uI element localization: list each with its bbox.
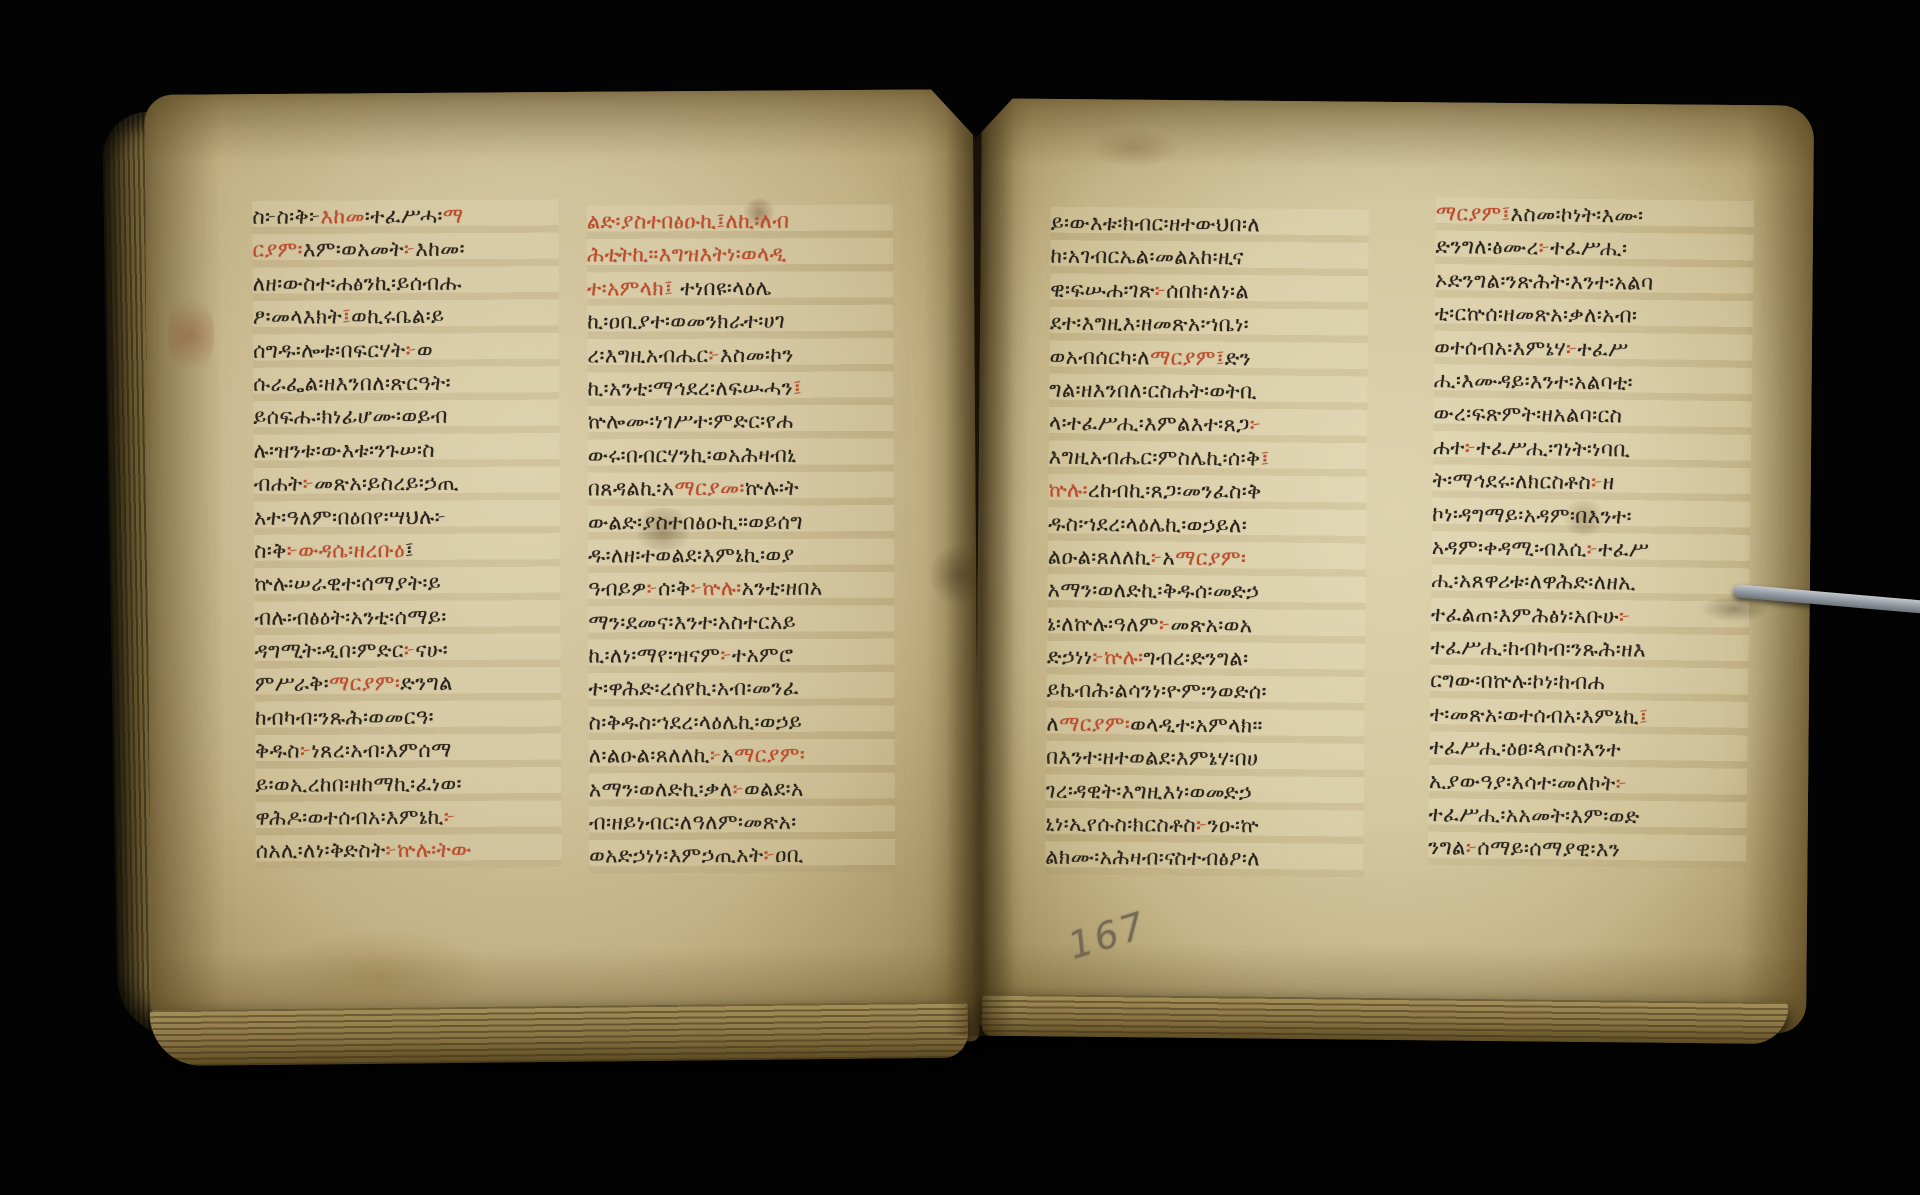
manuscript-line: ብሐት፦መጽአ፡ይስረይ፡ኃጢ — [254, 466, 560, 501]
ink-text: ኢያውዓያ፡እሳተ፡መለኮት — [1429, 769, 1616, 795]
ink-text: ይኬብሕ፡ልሳንነ፡ዮም፡ንወድሰ፡ — [1047, 678, 1267, 704]
rubric-text: ማርያመ፡ — [674, 476, 745, 500]
ink-text: ወላዲተ፡አምላክ። — [1130, 712, 1263, 737]
ink-text: ተፈሥ — [1598, 537, 1649, 562]
manuscript-line: ኪ፡አንቲ፡ማኅደረ፡ለፍሡሓን፤ — [587, 371, 893, 405]
ink-text: ከ፡አገብርኤል፡መልአከ፡ዚና — [1050, 244, 1244, 270]
ink-text: እስመ፡ኮን — [720, 342, 794, 366]
rubric-text: ፦ኵሉ፡ — [1092, 645, 1143, 669]
ink-text: ኪ፡ለነ፡ማየ፡ዝናም — [588, 643, 720, 667]
rubric-text: ፦ — [1151, 545, 1163, 569]
ink-text: ውረ፡ፍጽምት፡ዘአልባ፡ርስ — [1433, 401, 1622, 427]
manuscript-line: ማርያም፤እስመ፡ኮነት፡እሙ፡ — [1436, 197, 1754, 234]
ink-text: ውልድ፡ያስተበፅዑኪ።ወይሰግ — [588, 509, 803, 534]
rubric-text: ማርያም፤ — [1150, 345, 1225, 370]
manuscript-line: ቅዱስ፦ነጸረ፡አብ፡እምሰማ — [255, 733, 561, 768]
manuscript-line: ምሥራቅ፡ማርያም፡ድንግል — [255, 667, 561, 702]
ink-text: በጸዳልኪ፡አ — [588, 476, 675, 500]
manuscript-line: ርያም፡እም፡ወአመት፦እከመ፡ — [252, 233, 558, 268]
ink-text: ማን፡ደመና፡እንተ፡አስተርአይ — [588, 609, 796, 634]
rubric-text: ፦ — [764, 843, 776, 867]
manuscript-line: ተፈሥሒ፡ከብካብ፡ንጹሕ፡ዘእ — [1430, 631, 1748, 668]
ink-text: ወአድኃነነ፡እምኃጢአት — [589, 843, 764, 868]
ink-text: ይ፡ወኢረከበ፡ዘከማኪ፡ፈነወ፡ — [255, 771, 462, 796]
manuscript-line: ድንግለ፡ፅሙረ፦ተፈሥሒ፡ — [1435, 230, 1753, 267]
rubric-text: ፦ — [1587, 537, 1599, 561]
ink-text: አማን፡ወለድኪ፡ቃለ — [589, 777, 733, 802]
ink-text: ምሥራቅ፡ — [255, 672, 329, 696]
rubric-text: ፦ — [1539, 236, 1551, 260]
bottom-page-stack-left — [150, 1002, 969, 1067]
ink-text: ፆ፡መላእክት — [253, 305, 342, 329]
manuscript-line: ይ፡ውእቱ፡ክብር፡ዘተውህበ፡ለ — [1051, 207, 1369, 243]
manuscript-line: ኵሉ፡ሠራዊተ፡ሰማያት፡ይ — [254, 566, 560, 601]
ink-text: ዱ፡ለዘ፡ተወልደ፡እምኔኪ፡ወያ — [588, 543, 795, 568]
ink-text: ሱራፌል፡ዘእንበለ፡ጽርዓት፡ — [253, 371, 451, 396]
ink-text: ኵሎሙ፡ነገሥተ፡ምድር፡የሐ — [588, 409, 794, 434]
ink-text: ተፈሥሒ፡ከብካብ፡ንጹሕ፡ዘእ — [1430, 635, 1646, 662]
manuscript-line: ተ፡ዋሕድ፡ረሰየኪ፡አብ፡መንፈ — [588, 672, 894, 706]
ink-text: መጽአ፡ይስረይ፡ኃጢ — [314, 471, 459, 496]
ink-text: ወ — [417, 337, 433, 361]
rubric-text: ፦ — [1465, 435, 1477, 459]
ink-text: ዋሕዶ፡ወተሰብአ፡እምኔኪ — [255, 805, 443, 830]
gutter-top-notch — [928, 86, 1024, 138]
rubric-text: ፤ — [793, 376, 802, 400]
manuscript-line: ሱራፌል፡ዘእንበለ፡ጽርዓት፡ — [253, 366, 559, 401]
manuscript-line: ሐተ፦ተፈሥሒ፡ገነት፡ነባቢ — [1433, 431, 1751, 468]
ink-text: ስ፡ቅ — [254, 539, 287, 563]
photo-canvas: { "scene": { "type": "photograph of an o… — [0, 0, 1920, 1195]
manuscript-line: ወተሰብአ፡እምኔሃ፦ተፈሥ — [1434, 331, 1752, 368]
manuscript-line: ደተ፡እግዚእ፡ዘመጽአ፡ኀቤነ፡ — [1050, 307, 1368, 343]
manuscript-line: ፆ፡መላእክት፤ወኪሩቤል፡ይ — [253, 299, 559, 334]
rubric-text: ፦ውዳሴ፡ዘረቡዕ — [287, 538, 405, 563]
manuscript-line: ሒ፡እሙዳይ፡እንተ፡አልባቲ፡ — [1434, 364, 1752, 401]
rubric-text: ልድ፡ያስተበፅዑኪ፤ለኪ፡ለብ — [587, 209, 790, 234]
manuscript-line: ወአድኃነነ፡እምኃጢአት፦ዐቢ — [589, 839, 895, 873]
manuscript-line: ማን፡ደመና፡እንተ፡አስተርአይ — [588, 605, 894, 639]
ink-text: ተ፡ዋሕድ፡ረሰየኪ፡አብ፡መንፈ — [588, 676, 799, 701]
rubric-text: ኵሉ፡ — [1048, 478, 1088, 502]
rubric-text: ሕቲትኪ።እግዝእትነ፡ወላዲ — [587, 242, 787, 267]
manuscript-line: እግዚአብሔር፡ምስሌኪ፡ሰ፡ቅ፤ — [1049, 440, 1367, 476]
manuscript-line: ውልድ፡ያስተበፅዑኪ።ወይሰግ — [588, 505, 894, 539]
book-gutter-shadow — [946, 92, 1014, 1036]
manuscript-line: ኪ፡ለነ፡ማየ፡ዝናም፦ተአምሮ — [588, 639, 894, 673]
manuscript-line: ኮነ፡ዳግማይ፡አዳም፡በእንተ፡ — [1432, 498, 1750, 535]
ink-text: ዓብይዎ — [588, 577, 646, 601]
ink-text: ት፡ማኅደሩ፡ለክርስቶስ — [1432, 468, 1591, 494]
manuscript-line: ይ፡ወኢረከበ፡ዘከማኪ፡ፈነወ፡ — [255, 767, 561, 802]
rubric-text: ፦ — [720, 643, 732, 667]
ink-text: ተፈሥሒ፡ገነት፡ነባቢ — [1476, 435, 1630, 461]
manuscript-line: ኦድንግል፡ንጽሕት፡እንተ፡አልባ — [1435, 264, 1753, 301]
ink-text: ብ፡ዘይነብር፡ለዓለም፡መጽአ፡ — [589, 810, 797, 835]
ink-text: ድንግለ፡ፅሙረ — [1435, 234, 1539, 259]
manuscript-line: ላ፡ተፈሥሒ፡እምልእተ፡ጸጋ፦ — [1049, 407, 1367, 443]
manuscript-line: አተ፡ዓለም፡በዕበየ፡ሣህሉ፦ — [254, 500, 560, 535]
ink-text: እስመ፡ኮነት፡እሙ፡ — [1510, 202, 1643, 228]
ink-text: መጽአ፡ወአ — [1170, 612, 1252, 637]
ink-text: ኪ፡አንቲ፡ማኅደረ፡ለፍሡሓን — [587, 376, 793, 401]
manuscript-line: ዱስ፡ኀደረ፡ላዕሌኪ፡ወኃይለ፡ — [1048, 507, 1366, 543]
ink-text: ብሉ፡ብፅዕት፡አንቲ፡ሰማይ፡ — [254, 604, 446, 629]
ink-text: ቲ፡ርኵሰ፡ዘመጽአ፡ቃለ፡አብ፡ — [1435, 301, 1638, 327]
text-column-right-1: ይ፡ውእቱ፡ክብር፡ዘተውህበ፡ለከ፡አገብርኤል፡መልአከ፡ዚናዊ፡ፍሡሐ፡ገ… — [1045, 207, 1369, 878]
ink-text: እም፡ወአመት — [303, 237, 404, 262]
manuscript-line: ኔ፡ለኵሉ፡ዓለም፦መጽአ፡ወአ — [1047, 607, 1365, 643]
ink-text: ተአምሮ — [732, 643, 794, 667]
manuscript-line: ዋሕዶ፡ወተሰብአ፡እምኔኪ፦ — [255, 800, 561, 835]
ink-text: አ — [721, 743, 734, 767]
ink-text: ኪ፡ዐቢያተ፡ወመንክራተ፡ሀገ — [587, 309, 785, 334]
manuscript-line: ገረ፡ዳዊት፡እግዚእነ፡ወመድኃ — [1046, 774, 1364, 810]
rubric-text: ፦ኵሉ፡ — [691, 576, 742, 600]
ink-text: ኵሉ፡ሠራዊተ፡ሰማያት፡ይ — [254, 571, 441, 596]
ink-text: ስ፡ቅዱስ፡ኀደረ፡ላዕሌኪ፡ወኃይ — [589, 710, 803, 735]
ink-text: ናሁ፡ — [415, 638, 448, 662]
ink-text: ደተ፡እግዚእ፡ዘመጽአ፡ኀቤነ፡ — [1050, 311, 1249, 337]
ink-text: ወልደ፡አ — [744, 776, 804, 800]
manuscript-line: ከ፡አገብርኤል፡መልአከ፡ዚና — [1050, 240, 1368, 276]
rubric-text: ፤ — [1260, 446, 1269, 470]
rubric-text: ፦ — [1616, 771, 1628, 795]
ink-text: ቅዱስ — [255, 739, 300, 763]
manuscript-line: ተፈሥሒ፡አአመት፡እም፡ወድ — [1428, 798, 1746, 835]
text-column-left-2: ልድ፡ያስተበፅዑኪ፤ለኪ፡ለብሕቲትኪ።እግዝእትነ፡ወላዲተ፡አምላክ፤ ተ… — [587, 204, 895, 873]
ink-text: ላ፡ተፈሥሒ፡እምልእተ፡ጸጋ — [1049, 411, 1250, 437]
manuscript-line: ውረ፡ፍጽምት፡ዘአልባ፡ርስ — [1433, 397, 1751, 434]
ink-text: ዘ — [1603, 470, 1615, 494]
manuscript-line: ንግል፦ሰማይ፡ሰማያዊ፡እን — [1428, 831, 1746, 868]
manuscript-line: ብሉ፡ብፅዕት፡አንቲ፡ሰማይ፡ — [254, 600, 560, 635]
manuscript-line: አማን፡ወለድኪ፡ቅዱሰ፡መድኃ — [1047, 574, 1365, 610]
ink-text: ንግል — [1428, 835, 1466, 859]
ink-text: ሐተ — [1433, 435, 1465, 459]
rubric-text: ፦ — [1155, 278, 1167, 302]
ink-text: ለ — [1046, 711, 1059, 735]
manuscript-line: ሒ፡አጸዋሪቱ፡ለዋሕድ፡ለዘኢ — [1431, 564, 1749, 601]
ink-text: ወኪሩቤል፡ይ — [351, 304, 444, 328]
ink-text: ተፈሥሒ፡ዕፀ፡ጳጦስ፡እንተ — [1429, 735, 1621, 761]
rubric-text: ፦ — [303, 472, 315, 496]
ink-text: እግዚአብሔር፡ምስሌኪ፡ሰ፡ቅ — [1049, 444, 1261, 470]
rubric-text: ፤ — [1639, 704, 1648, 728]
ink-text: ልዑል፡ጸለለኪ — [1048, 545, 1151, 570]
ink-text: ኮነ፡ዳግማይ፡አዳም፡በእንተ፡ — [1432, 502, 1632, 528]
ink-text: ሰግዱ፡ሎቱ፡በፍርሃት — [253, 338, 406, 363]
manuscript-line: ሰአሊ፡ለነ፡ቅድስት፦ኵሉ፡ትው — [256, 834, 562, 869]
manuscript-line: ሉ፡ዝንቱ፡ውእቱ፡ንጉሠ፡ስ — [253, 433, 559, 468]
manuscript-line: ለማርያም፡ወላዲተ፡አምላክ። — [1046, 707, 1364, 743]
rubric-text: ፦ — [404, 638, 416, 662]
ink-text: አተ፡ዓለም፡በዕበየ፡ሣህሉ፦ — [254, 504, 446, 529]
ink-text: ኒነ፡ኢየሱስ፡ክርስቶስ — [1045, 812, 1196, 837]
ink-text: ሰ፡ቅ — [658, 576, 691, 600]
ink-text: ረ፡እግዚአብሔር — [587, 343, 708, 367]
rubric-text: ፦ — [404, 237, 416, 261]
manuscript-line: ስ፦ስ፡ቅ፦እከመ፡ተፈሥሓ፡ማ — [252, 199, 558, 234]
manuscript-line: ረ፡እግዚአብሔር፦እስመ፡ኮን — [587, 338, 893, 372]
ink-text: ዊ፡ፍሡሐ፡ገጽ — [1050, 277, 1155, 302]
rubric-text: ርያም፡ — [252, 238, 303, 262]
rubric-text: ማርያም፡ — [329, 672, 400, 696]
ink-text: ተ፡መጽአ፡ወተሰብአ፡እምኔኪ — [1430, 702, 1640, 729]
rubric-text: ማርያም፤ — [1436, 201, 1511, 226]
ink-text: ተፈሥ — [1577, 336, 1628, 361]
manuscript-line: ወአብሰርካ፡ለማርያም፤ድን — [1049, 340, 1367, 376]
rubric-text: ማርያም፡ — [734, 743, 805, 767]
ink-text: ግብረ፡ድንግል፡ — [1143, 646, 1248, 671]
rubric-text: ማ — [443, 204, 464, 228]
rubric-text: ፦ — [710, 743, 722, 767]
ink-text: እከመ፡ — [415, 237, 465, 261]
manuscript-line: ልክሙ፡አሕዛብ፡ናስተብፅዖ፡ለ — [1045, 841, 1363, 877]
ink-text: ሰአሊ፡ለነ፡ቅድስት — [256, 839, 386, 864]
ink-text: ብሐት — [254, 472, 303, 496]
manuscript-line: አዳም፡ቀዳሚ፡ብእሲ፦ተፈሥ — [1432, 531, 1750, 568]
ink-text: ነጸረ፡አብ፡እምሰማ — [311, 738, 451, 763]
manuscript-line: ት፡ማኅደሩ፡ለክርስቶስ፦ዘ — [1432, 464, 1750, 501]
ink-text: ተነበዩ፡ላዕሌ — [673, 276, 772, 300]
ink-text: ኔ፡ለኵሉ፡ዓለም — [1047, 611, 1159, 636]
text-column-right-2: ማርያም፤እስመ፡ኮነት፡እሙ፡ድንግለ፡ፅሙረ፦ተፈሥሒ፡ኦድንግል፡ንጽሕት… — [1428, 197, 1754, 869]
rubric-text: ፦ — [647, 577, 659, 601]
ink-text: ወተሰብአ፡እምኔሃ — [1434, 335, 1566, 361]
manuscript-line: ተ፡መጽአ፡ወተሰብአ፡እምኔኪ፤ — [1430, 698, 1748, 735]
ink-text: አዳም፡ቀዳሚ፡ብእሲ — [1432, 535, 1587, 561]
manuscript-line: ዳግሚት፡ዲበ፡ምድር፦ናሁ፡ — [255, 633, 561, 668]
ink-text: ከብካብ፡ንጹሕ፡ወመርዓ፡ — [255, 705, 434, 730]
ink-text: ርግው፡በኵሉ፡ኮነ፡ከብሐ — [1430, 669, 1605, 695]
manuscript-line: ዱ፡ለዘ፡ተወልደ፡እምኔኪ፡ወያ — [588, 538, 894, 572]
ink-text: ሒ፡አጸዋሪቱ፡ለዋሕድ፡ለዘኢ — [1431, 568, 1636, 594]
ink-text: አማን፡ወለድኪ፡ቅዱሰ፡መድኃ — [1047, 578, 1259, 604]
rubric-text: ፦ — [1619, 604, 1631, 628]
rubric-text: ፦ — [1196, 813, 1208, 837]
manuscript-line: ልዑል፡ጸለለኪ፦አማርያም፡ — [1048, 541, 1366, 577]
manuscript-line: ኵሎሙ፡ነገሥተ፡ምድር፡የሐ — [588, 405, 894, 439]
manuscript-line: ኢያውዓያ፡እሳተ፡መለኮት፦ — [1429, 765, 1747, 802]
ink-text: ለ፡ልዑል፡ጸለለኪ — [589, 743, 710, 767]
manuscript-line: በጸዳልኪ፡አማርያመ፡ኵሉ፡ት — [588, 472, 894, 506]
ink-text: ሰበከ፡ለነ፡ል — [1166, 278, 1249, 303]
ink-text: አ — [1162, 546, 1175, 570]
manuscript-line: ኪ፡ዐቢያተ፡ወመንክራተ፡ሀገ — [587, 305, 893, 339]
ink-text: ሰማይ፡ሰማያዊ፡እን — [1477, 836, 1620, 862]
manuscript-line: ለ፡ልዑል፡ጸለለኪ፦አማርያም፡ — [589, 739, 895, 773]
ink-text: ሒ፡እሙዳይ፡እንተ፡አልባቲ፡ — [1434, 368, 1633, 394]
rubric-text: ፦ኵሉ፡ትው — [386, 838, 472, 862]
rubric-text: እከመ — [321, 204, 365, 228]
ink-text: በእንተ፡ዘተወልደ፡እምኔሃ፡በሀ — [1046, 745, 1259, 771]
bottom-page-stack-right — [982, 994, 1788, 1044]
manuscript-line: ዊ፡ፍሡሐ፡ገጽ፦ሰበከ፡ለነ፡ል — [1050, 273, 1368, 309]
ink-text: ዳግሚት፡ዲበ፡ምድር — [255, 638, 404, 663]
ink-text: ድን — [1225, 346, 1252, 370]
rubric-text: ፦ — [300, 739, 312, 763]
ink-text: ንዑ፡ኵ — [1207, 813, 1259, 837]
manuscript-line: ለዘ፡ውስተ፡ሐፅንኪ፡ይሰብሑ — [253, 266, 559, 301]
manuscript-line: ስ፡ቅዱስ፡ኀደረ፡ላዕሌኪ፡ወኃይ — [589, 705, 895, 739]
rubric-text: ፦ — [405, 338, 417, 362]
manuscript-line: ኒነ፡ኢየሱስ፡ክርስቶስ፦ንዑ፡ኵ — [1045, 808, 1363, 844]
ink-text: ረከብኪ፡ጸጋ፡መንፈስ፡ቅ — [1088, 478, 1262, 504]
rubric-text: ፦ — [444, 805, 456, 829]
ink-text: ገረ፡ዳዊት፡እግዚእነ፡ወመድኃ — [1046, 778, 1252, 804]
ink-text: ውሩ፡በብርሃንኪ፡ወአሕዛብኒ — [588, 443, 797, 468]
manuscript-line: ውሩ፡በብርሃንኪ፡ወአሕዛብኒ — [588, 438, 894, 472]
ink-text: ይሰፍሑ፡ክነፊሆሙ፡ወይብ — [253, 404, 448, 429]
ink-text: ኦድንግል፡ንጽሕት፡እንተ፡አልባ — [1435, 268, 1654, 295]
manuscript-line: ተ፡አምላክ፤ ተነበዩ፡ላዕሌ — [587, 271, 893, 305]
rubric-text: ፦ — [733, 777, 745, 801]
rubric-text: ፦ — [1591, 470, 1603, 494]
ink-text: ተፈልጠ፡እምሕፅነ፡አቡሁ — [1431, 602, 1619, 628]
ink-text: ድንግል — [400, 671, 453, 695]
text-column-left-1: ስ፦ስ፡ቅ፦እከመ፡ተፈሥሓ፡ማርያም፡እም፡ወአመት፦እከመ፡ለዘ፡ውስተ፡ሐ… — [252, 199, 561, 868]
manuscript-line: ይኬብሕ፡ልሳንነ፡ዮም፡ንወድሰ፡ — [1047, 674, 1365, 710]
ink-text: ፤ — [405, 538, 414, 562]
rubric-text: ፦ — [1466, 836, 1478, 860]
manuscript-line: ድኃነነ፦ኵሉ፡ግብረ፡ድንግል፡ — [1047, 641, 1365, 677]
ink-text: ፡ተፈሥሓ፡ — [365, 204, 443, 228]
ink-text: ይ፡ውእቱ፡ክብር፡ዘተውህበ፡ለ — [1051, 211, 1261, 237]
manuscript-line: ግል፡ዘእንበለ፡ርስሐት፡ወትቢ — [1049, 374, 1367, 410]
manuscript-line: ስ፡ቅ፦ውዳሴ፡ዘረቡዕ፤ — [254, 533, 560, 568]
manuscript-line: ልድ፡ያስተበፅዑኪ፤ለኪ፡ለብ — [587, 204, 893, 238]
ink-text: ዐቢ — [775, 843, 804, 867]
manuscript-line: በእንተ፡ዘተወልደ፡እምኔሃ፡በሀ — [1046, 741, 1364, 777]
ink-text: ሉ፡ዝንቱ፡ውእቱ፡ንጉሠ፡ስ — [253, 438, 435, 463]
manuscript-line: ቲ፡ርኵሰ፡ዘመጽአ፡ቃለ፡አብ፡ — [1434, 297, 1752, 334]
manuscript-line: ብ፡ዘይነብር፡ለዓለም፡መጽአ፡ — [589, 805, 895, 839]
rubric-text: ፦ — [708, 343, 720, 367]
rubric-text: ፦ — [1566, 336, 1578, 360]
ink-text: ዱስ፡ኀደረ፡ላዕሌኪ፡ወኃይለ፡ — [1048, 511, 1247, 537]
rubric-text: ፦ — [1159, 612, 1171, 636]
manuscript-line: ርግው፡በኵሉ፡ኮነ፡ከብሐ — [1430, 665, 1748, 702]
manuscript-line: ተፈልጠ፡እምሕፅነ፡አቡሁ፦ — [1431, 598, 1749, 635]
rubric-text: ተ፡አምላክ፤ — [587, 276, 673, 300]
manuscript-line: ሕቲትኪ።እግዝእትነ፡ወላዲ — [587, 238, 893, 272]
ink-text: ልክሙ፡አሕዛብ፡ናስተብፅዖ፡ለ — [1045, 845, 1260, 871]
ink-text: ግል፡ዘእንበለ፡ርስሐት፡ወትቢ — [1049, 378, 1257, 404]
manuscript-line: አማን፡ወለድኪ፡ቃለ፦ወልደ፡አ — [589, 772, 895, 806]
manuscript-line: ተፈሥሒ፡ዕፀ፡ጳጦስ፡እንተ — [1429, 731, 1747, 768]
manuscript-line: ይሰፍሑ፡ክነፊሆሙ፡ወይብ — [253, 400, 559, 435]
rubric-text: ማርያም፡ — [1059, 712, 1130, 737]
ink-text: አንቲ፡ዘበአ — [742, 576, 823, 600]
ink-text: ድኃነነ — [1047, 645, 1093, 669]
ink-text: ስ፦ስ፡ቅ፦ — [252, 204, 320, 228]
ink-text: ወአብሰርካ፡ለ — [1050, 344, 1151, 369]
ink-text: ኵሉ፡ት — [745, 476, 799, 500]
ink-text: ለዘ፡ውስተ፡ሐፅንኪ፡ይሰብሑ — [253, 270, 462, 295]
rubric-text: ፦ — [1250, 413, 1262, 437]
manuscript-line: ዓብይዎ፦ሰ፡ቅ፦ኵሉ፡አንቲ፡ዘበአ — [588, 572, 894, 606]
manuscript-line: ከብካብ፡ንጹሕ፡ወመርዓ፡ — [255, 700, 561, 735]
manuscript-line: ሰግዱ፡ሎቱ፡በፍርሃት፦ወ — [253, 333, 559, 368]
ink-text: ተፈሥሒ፡ — [1550, 236, 1628, 261]
rubric-text: ማርያም፡ — [1175, 546, 1246, 571]
manuscript-line: ኵሉ፡ረከብኪ፡ጸጋ፡መንፈስ፡ቅ — [1048, 474, 1366, 510]
ink-text: ተፈሥሒ፡አአመት፡እም፡ወድ — [1428, 802, 1639, 829]
